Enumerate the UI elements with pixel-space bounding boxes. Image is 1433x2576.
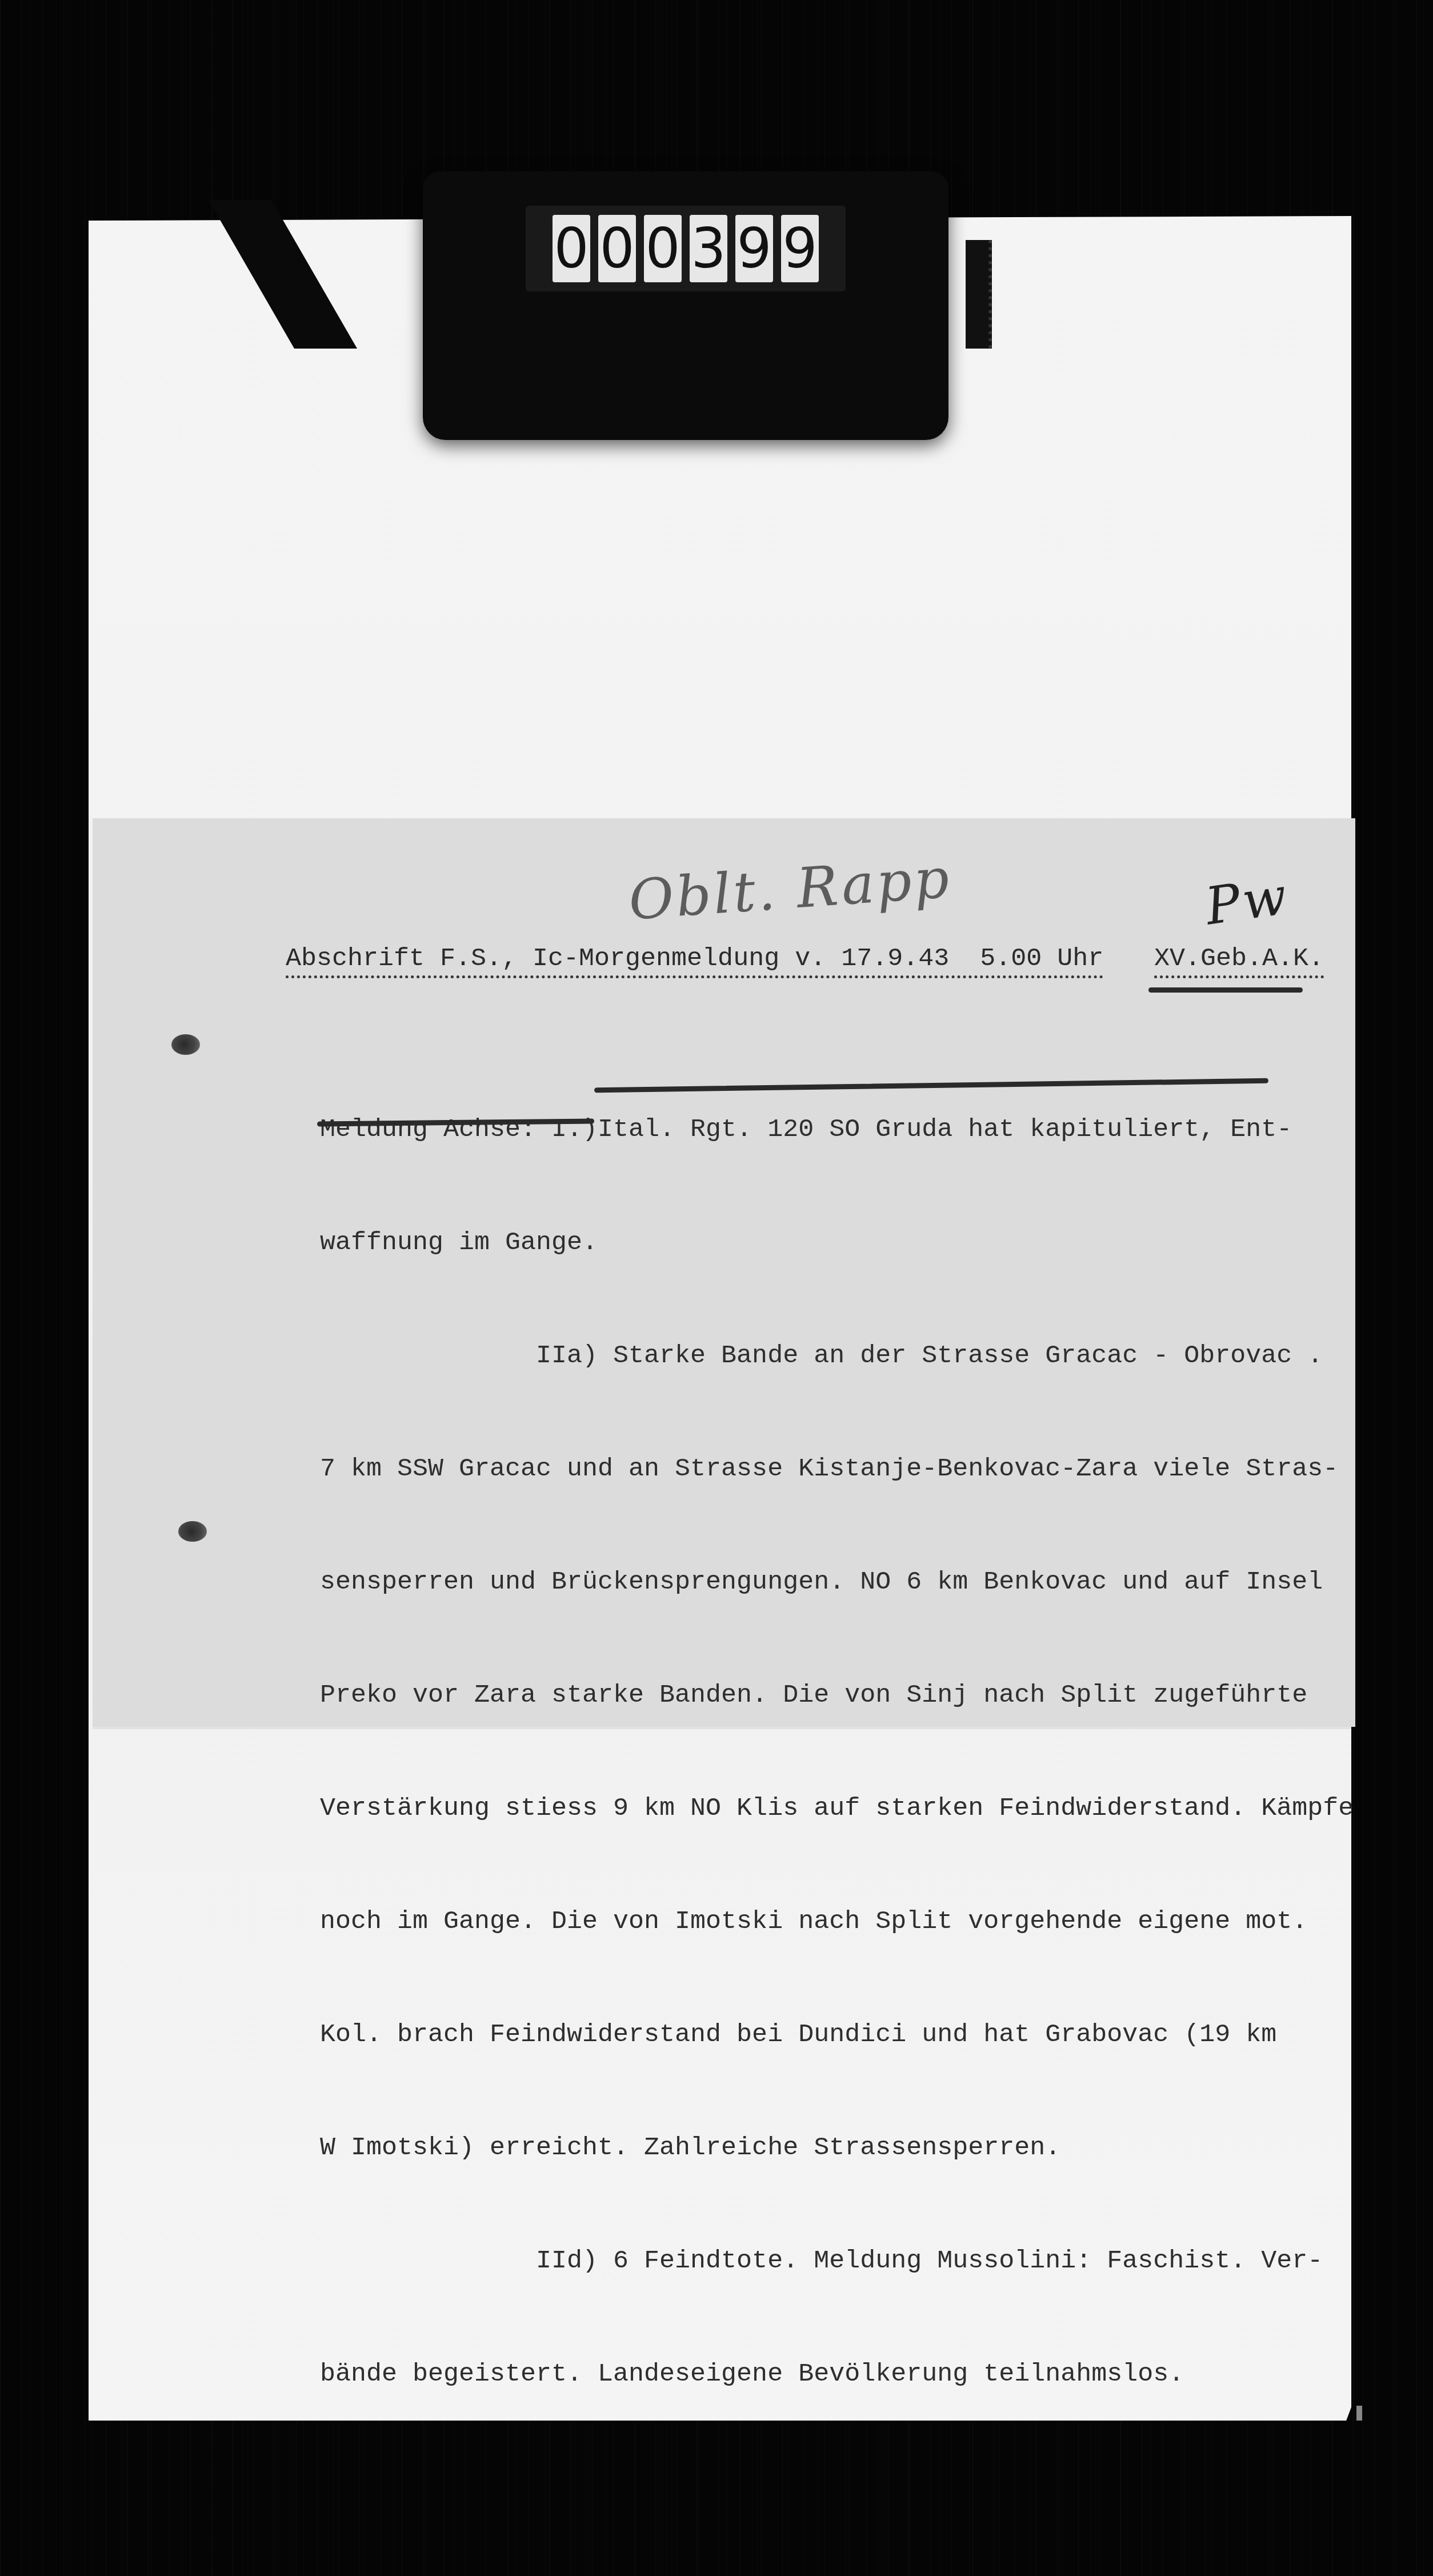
frame-counter-window: 0 0 0 3 9 9 xyxy=(526,206,846,291)
report-line: Verstärkung stiess 9 km NO Klis auf star… xyxy=(320,1790,1354,1827)
report-body: Meldung Achse: I.)Ital. Rgt. 120 SO Grud… xyxy=(320,1035,1354,2431)
report-line: 7 km SSW Gracac und an Strasse Kistanje-… xyxy=(320,1450,1354,1488)
counter-digit: 9 xyxy=(781,215,819,282)
counter-digit: 0 xyxy=(644,215,682,282)
punch-hole xyxy=(178,1521,207,1542)
counter-digit: 9 xyxy=(735,215,773,282)
report-line: IId) 6 Feindtote. Meldung Mussolini: Fas… xyxy=(320,2242,1354,2280)
ink-underline xyxy=(1148,987,1303,993)
report-line: Kol. brach Feindwiderstand bei Dundici u… xyxy=(320,2016,1354,2054)
report-line: waffnung im Gange. xyxy=(320,1224,1354,1262)
document-title: Abschrift F.S., Ic-Morgenmeldung v. 17.9… xyxy=(286,944,1103,978)
report-line: Meldung Achse: I.)Ital. Rgt. 120 SO Grud… xyxy=(320,1111,1354,1149)
counter-digit: 3 xyxy=(690,215,727,282)
punch-hole xyxy=(171,1034,200,1055)
report-line: W Imotski) erreicht. Zahlreiche Strassen… xyxy=(320,2129,1354,2167)
handwritten-initials: Pw xyxy=(1202,866,1292,937)
counter-knob xyxy=(966,240,992,349)
report-line: bände begeistert. Landeseigene Bevölkeru… xyxy=(320,2355,1354,2393)
counter-digit: 0 xyxy=(553,215,590,282)
report-line: sensperren und Brückensprengungen. NO 6 … xyxy=(320,1563,1354,1601)
frame-counter-device: 0 0 0 3 9 9 xyxy=(423,171,948,440)
report-line: Preko vor Zara starke Banden. Die von Si… xyxy=(320,1677,1354,1714)
counter-digit: 0 xyxy=(598,215,636,282)
paper-corner xyxy=(1356,2406,1362,2421)
sender-unit: XV.Geb.A.K. xyxy=(1154,944,1324,978)
report-line: noch im Gange. Die von Imotski nach Spli… xyxy=(320,1903,1354,1941)
report-line: IIa) Starke Bande an der Strasse Gracac … xyxy=(320,1337,1354,1375)
